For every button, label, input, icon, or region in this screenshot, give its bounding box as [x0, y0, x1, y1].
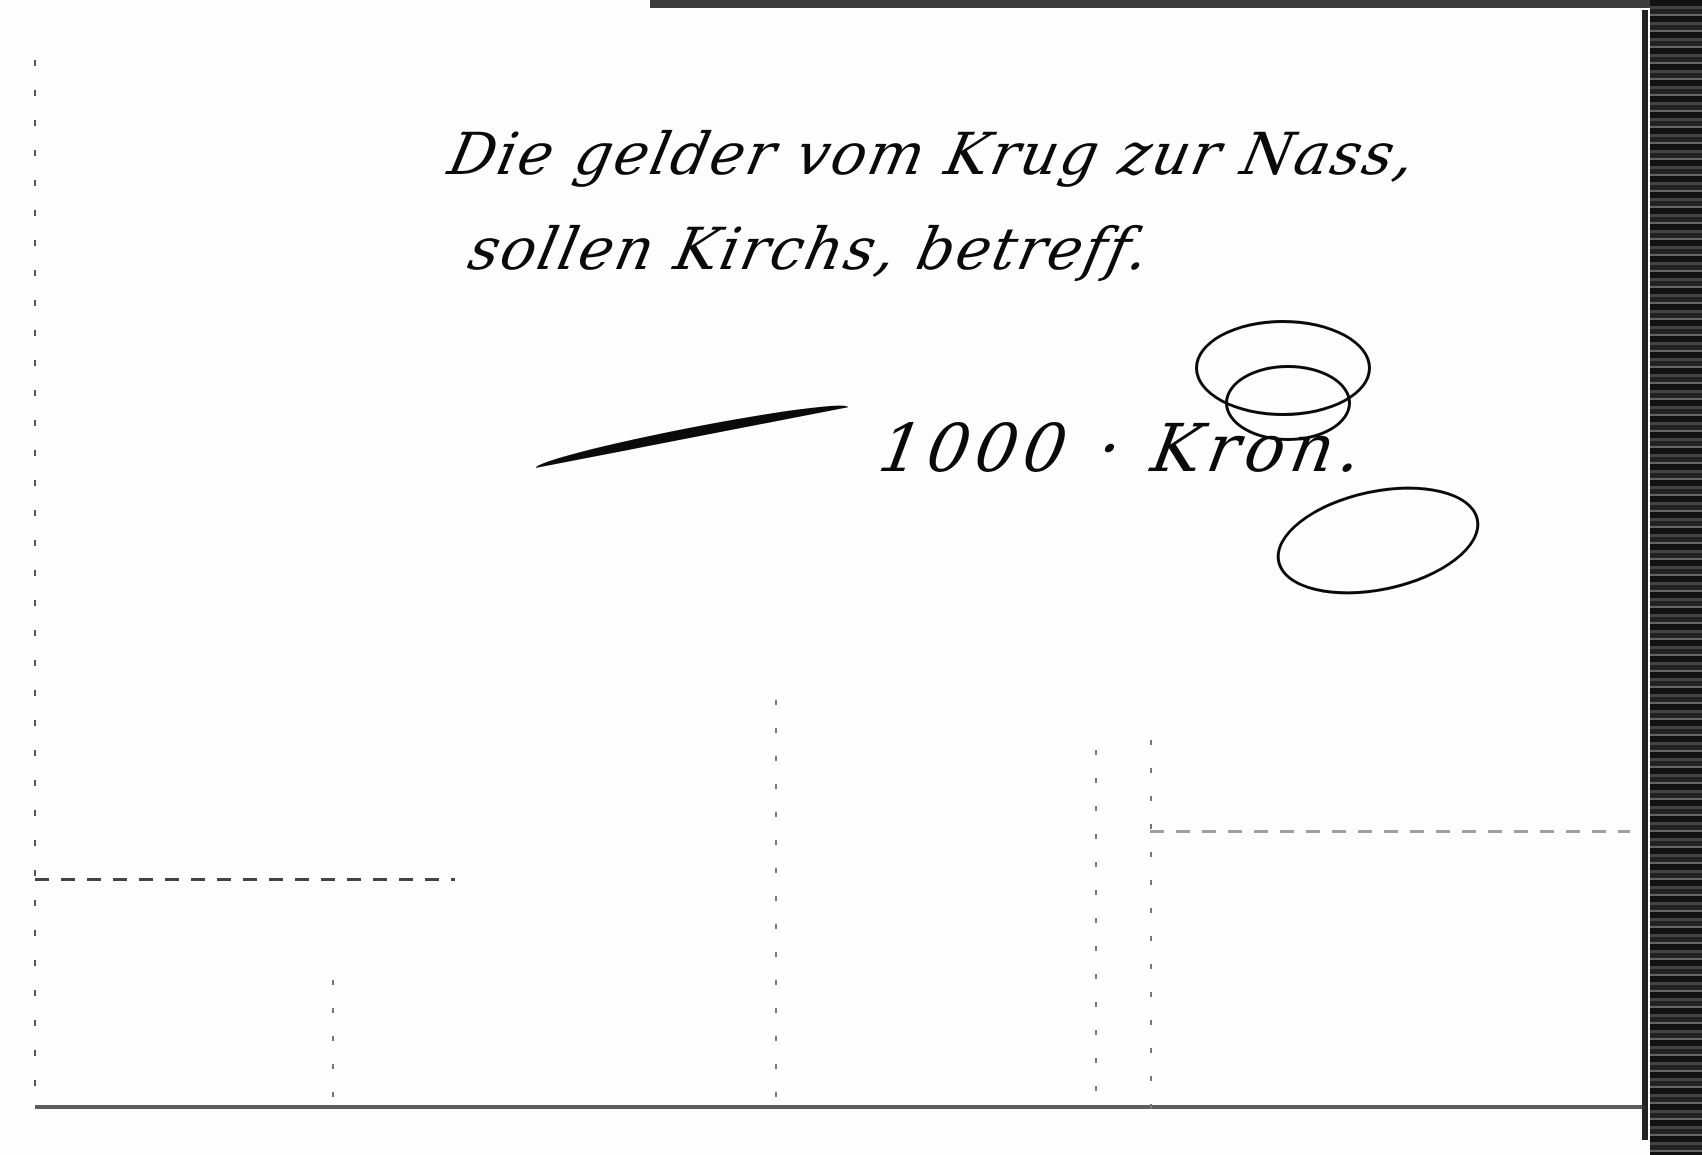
dash-stroke — [534, 397, 848, 467]
handwritten-line-1: Die gelder vom Krug zur Nass, — [443, 120, 1423, 188]
ruled-column — [332, 980, 334, 1100]
page-right-edge — [1650, 0, 1702, 1155]
page-top-edge — [650, 0, 1650, 8]
ruled-column — [775, 700, 777, 1100]
ruled-line — [1150, 830, 1630, 833]
page-bottom-edge — [35, 1105, 1645, 1109]
left-ruled-margin — [34, 60, 36, 1110]
ruled-line — [35, 878, 455, 881]
ruled-column — [1150, 740, 1152, 1110]
document-page: Die gelder vom Krug zur Nass, sollen Kir… — [0, 0, 1702, 1155]
handwritten-line-2: sollen Kirchs, betreff. — [463, 215, 1158, 283]
ruled-column — [1095, 750, 1097, 1100]
flourish-loop — [1225, 365, 1351, 441]
right-binding-rule — [1642, 10, 1648, 1140]
flourish-loop — [1267, 470, 1489, 612]
